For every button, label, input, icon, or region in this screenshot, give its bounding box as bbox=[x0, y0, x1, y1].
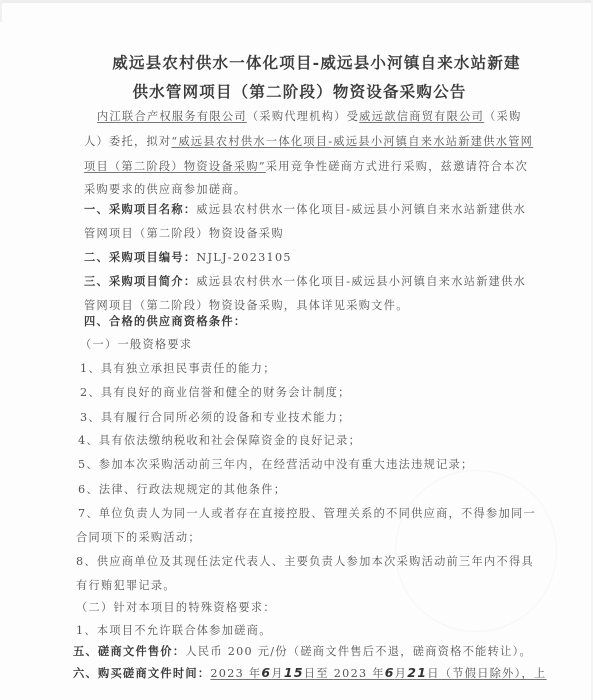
general-item: 4、具有依法缴纳税收和社会保障资金的良好记录； bbox=[78, 432, 361, 448]
project-quote-a: “威远县农村供水一体化项目-威远县小河镇自来水站新建供水管网 bbox=[171, 135, 533, 148]
section-1-line-2: 管网项目（第二阶段）物资设备采购 bbox=[84, 225, 284, 241]
scan-left-edge bbox=[0, 0, 2, 22]
section-3-value-a: 威远县农村供水一体化项目-威远县小河镇自来水站新建供水 bbox=[196, 275, 526, 288]
section-5-label: 五、磋商文件售价： bbox=[73, 644, 185, 658]
intro-line-4: 采购要求的供应商参加磋商。 bbox=[84, 181, 246, 197]
purchaser-role-a: （采购 bbox=[484, 110, 521, 123]
general-item: 2、具有良好的商业信誉和健全的财务会计制度； bbox=[80, 384, 351, 400]
section-3-line-1: 三、采购项目简介：威远县农村供水一体化项目-威远县小河镇自来水站新建供水 bbox=[84, 273, 526, 289]
section-2-label: 二、采购项目编号： bbox=[84, 250, 196, 264]
section-4-label: 四、合格的供应商资格条件： bbox=[84, 313, 246, 329]
section-2-line: 二、采购项目编号：NJLJ-2023105 bbox=[84, 249, 292, 265]
general-item: 8、供应商单位及其现任法定代表人、主要负责人参加本次采购活动前三年内不得具 bbox=[76, 553, 534, 569]
section-1-line-1: 一、采购项目名称：威远县农村供水一体化项目-威远县小河镇自来水站新建供水 bbox=[84, 201, 526, 217]
general-item: 3、具有履行合同所必须的设备和专业技术能力； bbox=[80, 409, 351, 425]
method-a: 采用竞争性磋商方式进行采购，兹邀请符合本次 bbox=[266, 160, 528, 173]
purchase-period: 2023 年6月15日至 2023 年6月21日（节假日除外），上 bbox=[210, 667, 546, 680]
start-month-handwritten: 6 bbox=[261, 665, 271, 680]
section-5-line: 五、磋商文件售价：人民币 200 元/份（磋商文件售后不退，磋商资格不能转让）。 bbox=[73, 643, 532, 659]
agency-role: （采购代理机构）受 bbox=[247, 110, 359, 123]
general-item: 7、单位负责人为同一人或者存在直接控股、管理关系的不同供应商，不得参加同一 bbox=[78, 505, 536, 521]
start-day-handwritten: 15 bbox=[284, 665, 304, 680]
end-day-handwritten: 21 bbox=[407, 665, 427, 680]
section-6-label: 六、购买磋商文件时间： bbox=[73, 666, 210, 680]
special-requirements-heading: （二）针对本项目的特殊资格要求： bbox=[76, 599, 276, 615]
document-title-line-1: 威远县农村供水一体化项目-威远县小河镇自来水站新建 bbox=[20, 51, 593, 73]
intro-line-1: 内江联合产权服务有限公司（采购代理机构）受威远歆信商贸有限公司（采购 bbox=[97, 108, 522, 124]
period-tail: 日（节假日除外），上 bbox=[427, 667, 546, 680]
section-1-label: 一、采购项目名称： bbox=[84, 202, 196, 216]
faded-seal-stamp bbox=[395, 470, 557, 632]
document-price: 人民币 200 元/份（磋商文件售后不退，磋商资格不能转让）。 bbox=[185, 645, 532, 658]
general-item: 6、法律、行政法规规定的其他条件； bbox=[78, 481, 286, 497]
agency-name: 内江联合产权服务有限公司 bbox=[97, 110, 247, 123]
project-number: NJLJ-2023105 bbox=[196, 251, 291, 264]
purchaser-role-b: 人）委托，拟对 bbox=[84, 135, 171, 148]
end-month-handwritten: 6 bbox=[385, 665, 395, 680]
project-quote-b: 项目（第二阶段）物资设备采购” bbox=[84, 160, 266, 173]
scan-top-edge bbox=[0, 0, 593, 3]
section-6-line: 六、购买磋商文件时间：2023 年6月15日至 2023 年6月21日（节假日除… bbox=[73, 665, 547, 681]
general-item: 5、参加本次采购活动前三年内，在经营活动中没有重大违法违规记录； bbox=[78, 456, 474, 472]
intro-line-3: 项目（第二阶段）物资设备采购”采用竞争性磋商方式进行采购，兹邀请符合本次 bbox=[84, 158, 528, 174]
document-page: 威远县农村供水一体化项目-威远县小河镇自来水站新建 供水管网项目（第二阶段）物资… bbox=[0, 0, 593, 700]
general-requirements-heading: （一）一般资格要求 bbox=[80, 336, 192, 352]
month-label: 月 bbox=[271, 667, 284, 680]
section-3-line-2: 管网项目（第二阶段）物资设备采购，具体详见采购文件。 bbox=[84, 297, 409, 313]
document-title-line-2: 供水管网项目（第二阶段）物资设备采购公告 bbox=[3, 80, 593, 102]
month-label: 月 bbox=[395, 667, 408, 680]
day-to-label: 日至 bbox=[304, 667, 329, 680]
section-1-value-a: 威远县农村供水一体化项目-威远县小河镇自来水站新建供水 bbox=[196, 203, 526, 216]
general-item-continuation: 有行贿犯罪记录。 bbox=[76, 577, 176, 593]
intro-line-2: 人）委托，拟对“威远县农村供水一体化项目-威远县小河镇自来水站新建供水管网 bbox=[84, 133, 533, 149]
general-item: 1、具有独立承担民事责任的能力； bbox=[80, 360, 276, 376]
purchaser-name: 威远歆信商贸有限公司 bbox=[359, 110, 484, 123]
general-item-continuation: 合同项下的采购活动； bbox=[76, 529, 201, 545]
special-item: 1、本项目不允许联合体参加磋商。 bbox=[76, 622, 272, 638]
section-3-label: 三、采购项目简介： bbox=[84, 274, 196, 288]
start-year: 2023 年 bbox=[210, 667, 261, 680]
end-year: 2023 年 bbox=[334, 667, 385, 680]
